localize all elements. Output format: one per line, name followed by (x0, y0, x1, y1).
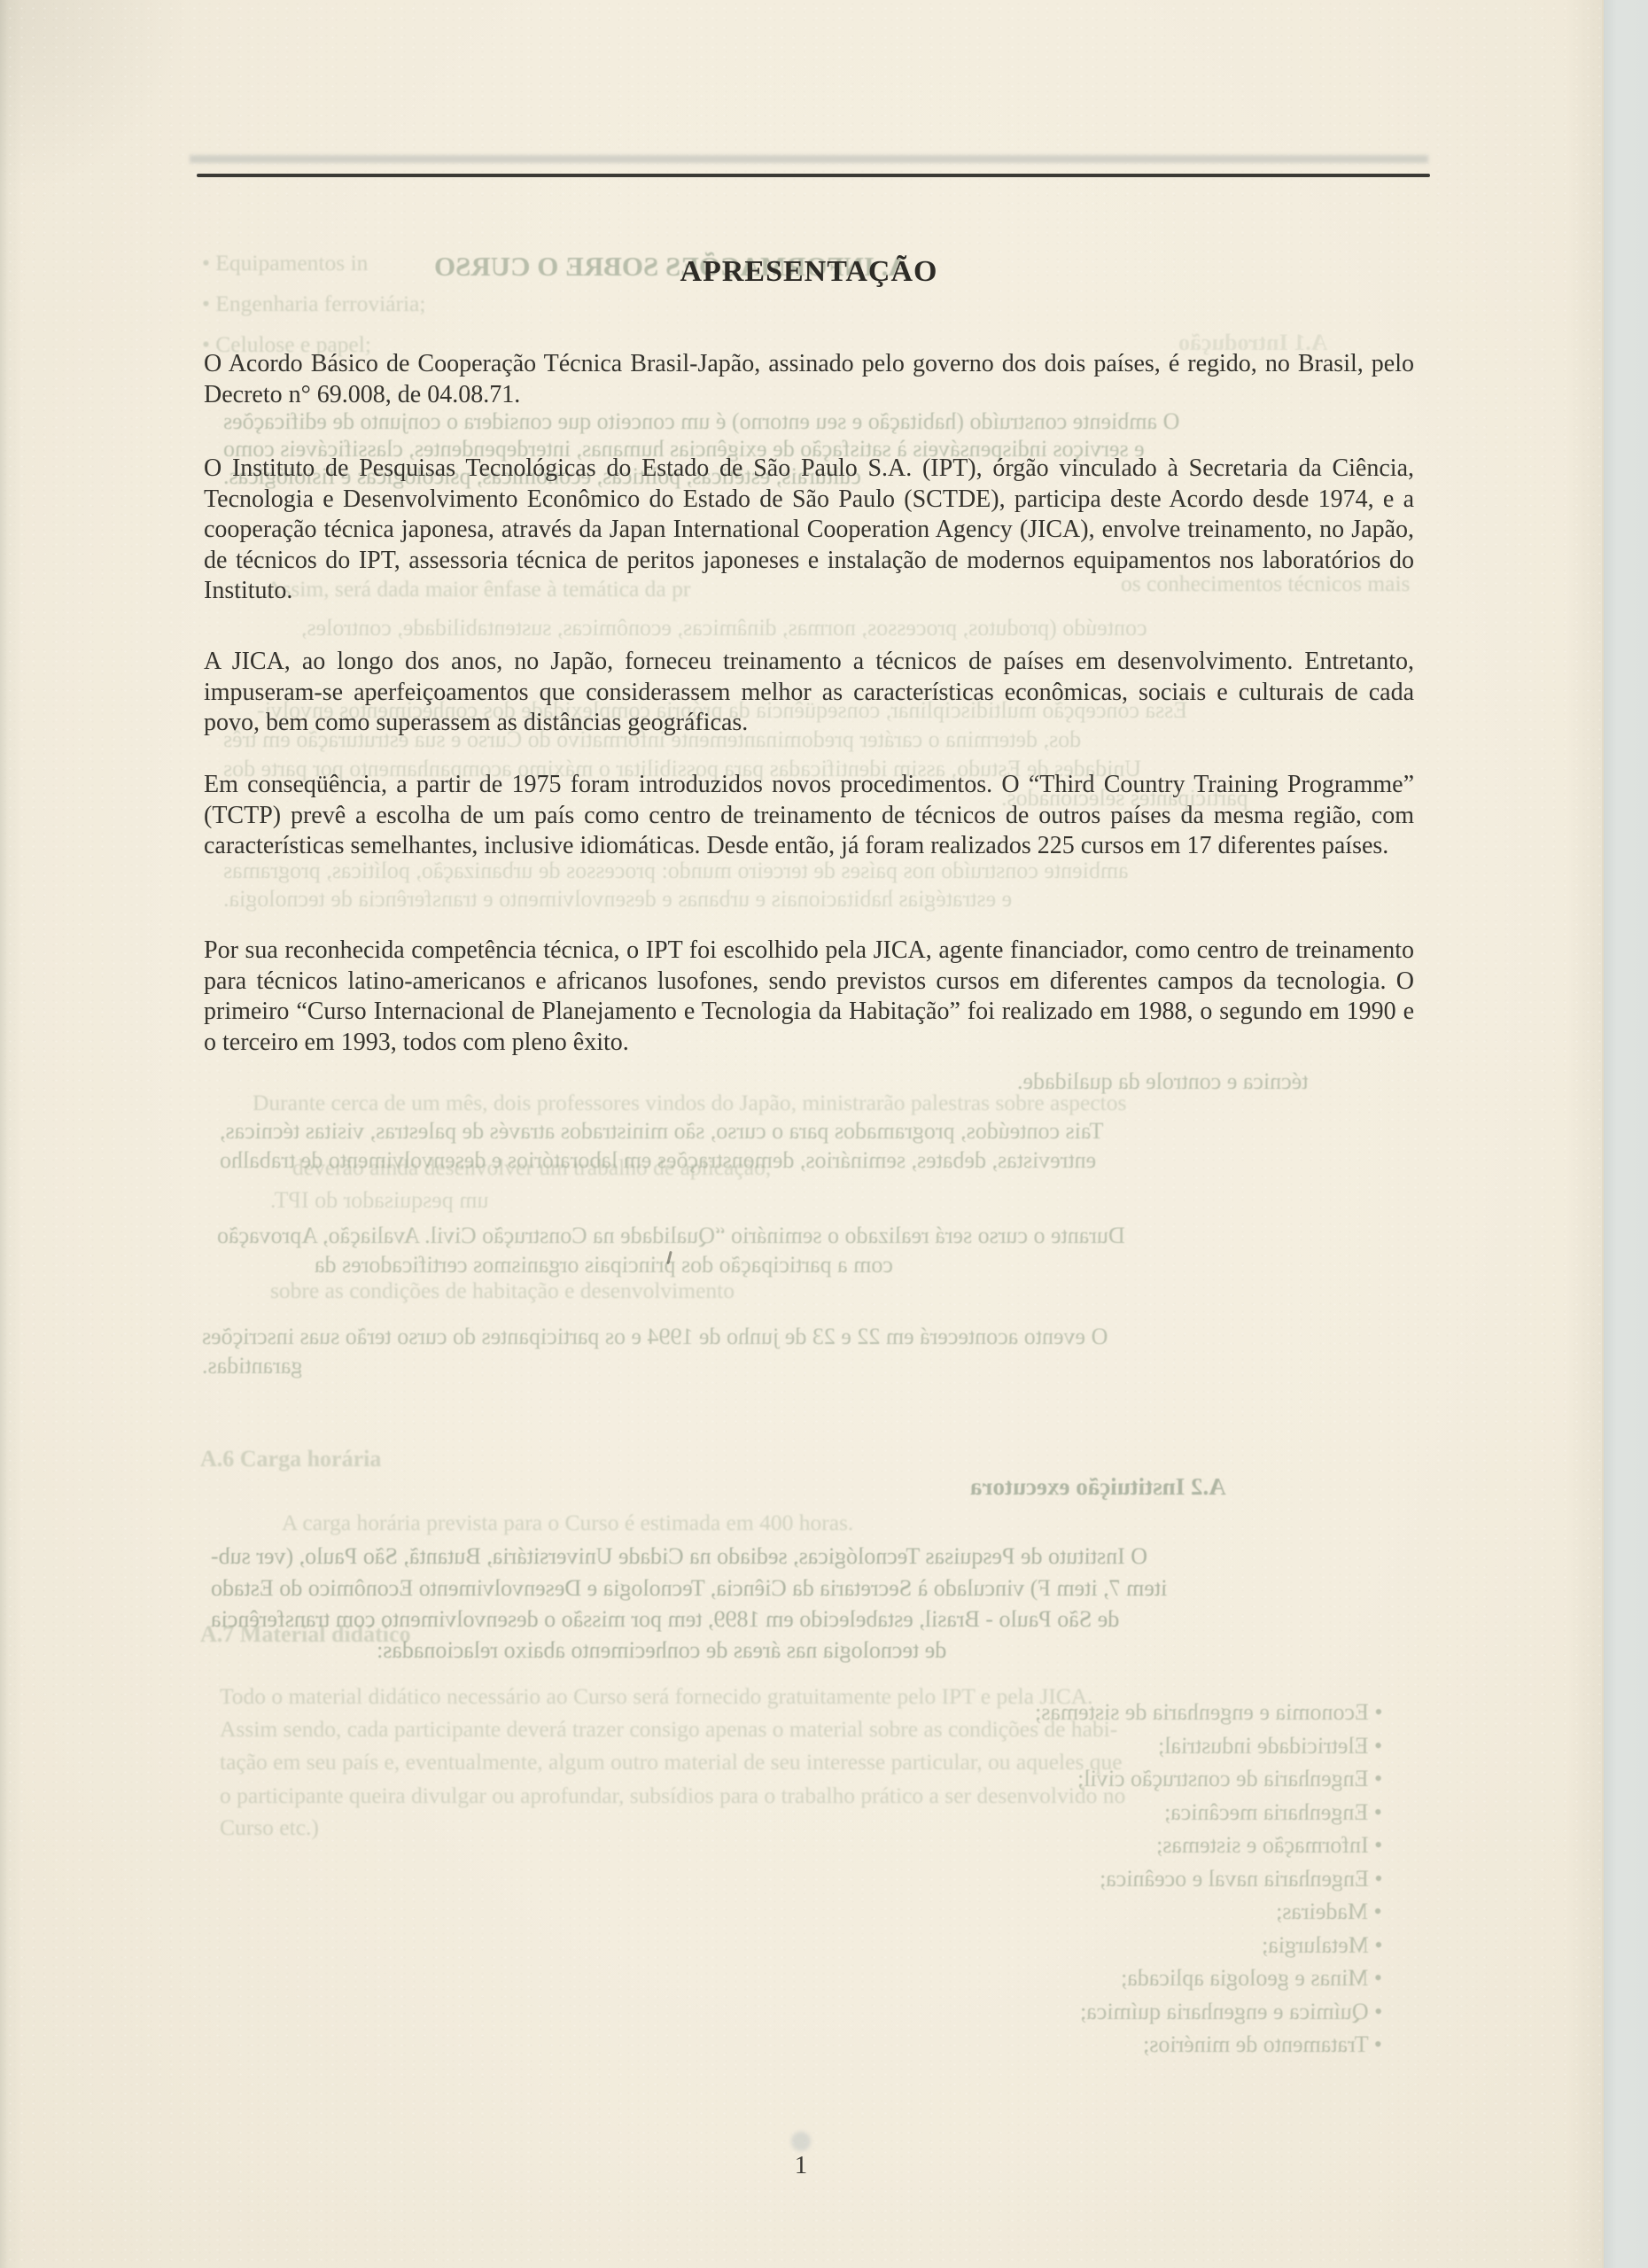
ghost-line: Tais conteúdos, programados para o curso… (220, 1118, 1103, 1145)
ghost-line: de tecnologia nas áreas de conhecimento … (377, 1637, 946, 1664)
ghost-line: tação em seu país e, eventualmente, algu… (220, 1749, 1123, 1775)
ghost-line: Durante o curso será realizado o seminár… (217, 1223, 1125, 1249)
ghost-line: sobre as condições de habitação e desenv… (270, 1278, 735, 1304)
ghost-line: o participante queira divulgar ou aprofu… (220, 1783, 1125, 1809)
ghost-heading-material-didatico: A.7 Material didático (200, 1621, 411, 1648)
ghost-line: Durante cerca de um mês, dois professore… (253, 1090, 1126, 1116)
ghost-list-item: • Madeiras; (1276, 1899, 1382, 1925)
ghost-list-item: • Engenharia mecânica; (1164, 1799, 1382, 1826)
ghost-list-item: • Metalurgia; (1262, 1932, 1382, 1959)
ghost-list-item: • Engenharia ferroviária; (202, 291, 425, 317)
ghost-line: O ambiente construído (habitação e seu e… (223, 408, 1179, 435)
ghost-line: Todo o material didático necessário ao C… (220, 1683, 1093, 1710)
paragraph-5: Por sua reconhecida competência técnica,… (204, 936, 1414, 1058)
ghost-line: deverão ainda desenvolver um trabalho de… (292, 1154, 771, 1181)
ghost-line: A carga horária prevista para o Curso é … (282, 1510, 853, 1536)
page-number: 1 (0, 2151, 1602, 2180)
ghost-line: e estratégias habitacionais e urbanas e … (223, 886, 1012, 913)
ghost-heading-instituicao-executora: A.2 Instituição executora (970, 1473, 1226, 1501)
ghost-line: O Instituto de Pesquisas Tecnológicas, s… (211, 1543, 1147, 1570)
horizontal-rule (197, 174, 1430, 177)
paper-blemish (791, 2132, 811, 2151)
paragraph-4: Em conseqüência, a partir de 1975 foram … (204, 770, 1414, 862)
ghost-line: conteúdo (produtos, processos, normas, d… (301, 615, 1147, 641)
paragraph-2: O Instituto de Pesquisas Tecnológicas do… (204, 454, 1414, 607)
page-title: APRESENTAÇÃO (204, 255, 1414, 289)
ghost-line: item 7, item F) vinculado à Secretaria d… (211, 1575, 1167, 1602)
ghost-list-item: • Informação e sistemas; (1156, 1832, 1382, 1859)
ghost-line: garantidas. (202, 1353, 302, 1379)
rule-scan-shadow (190, 155, 1428, 163)
ghost-line: com a participação dos principais organi… (315, 1252, 893, 1278)
ghost-list-item: • Minas e geologia aplicada; (1121, 1965, 1382, 1992)
ghost-heading-carga-horaria: A.6 Carga horária (200, 1446, 381, 1472)
ghost-line: O evento acontecerá em 22 e 23 de junho … (202, 1324, 1108, 1350)
ghost-line: ambiente construído nos países de tercei… (223, 858, 1129, 884)
ghost-line: Assim sendo, cada participante deverá tr… (220, 1716, 1117, 1743)
ghost-list-item: • Eletricidade industrial; (1158, 1733, 1382, 1759)
ghost-line: um pesquisador do IPT. (270, 1187, 489, 1214)
ghost-line: Curso etc.) (220, 1814, 319, 1841)
ghost-list-item: • Engenharia naval e oceânica; (1100, 1866, 1382, 1892)
ghost-list-item: • Química e engenharia química; (1080, 1999, 1382, 2025)
ghost-list-item: • Tratamento de minérios; (1143, 2031, 1382, 2058)
paragraph-1: O Acordo Básico de Cooperação Técnica Br… (204, 349, 1414, 410)
paragraph-3: A JICA, ao longo dos anos, no Japão, for… (204, 647, 1414, 739)
scanner-backing (1604, 0, 1648, 2268)
